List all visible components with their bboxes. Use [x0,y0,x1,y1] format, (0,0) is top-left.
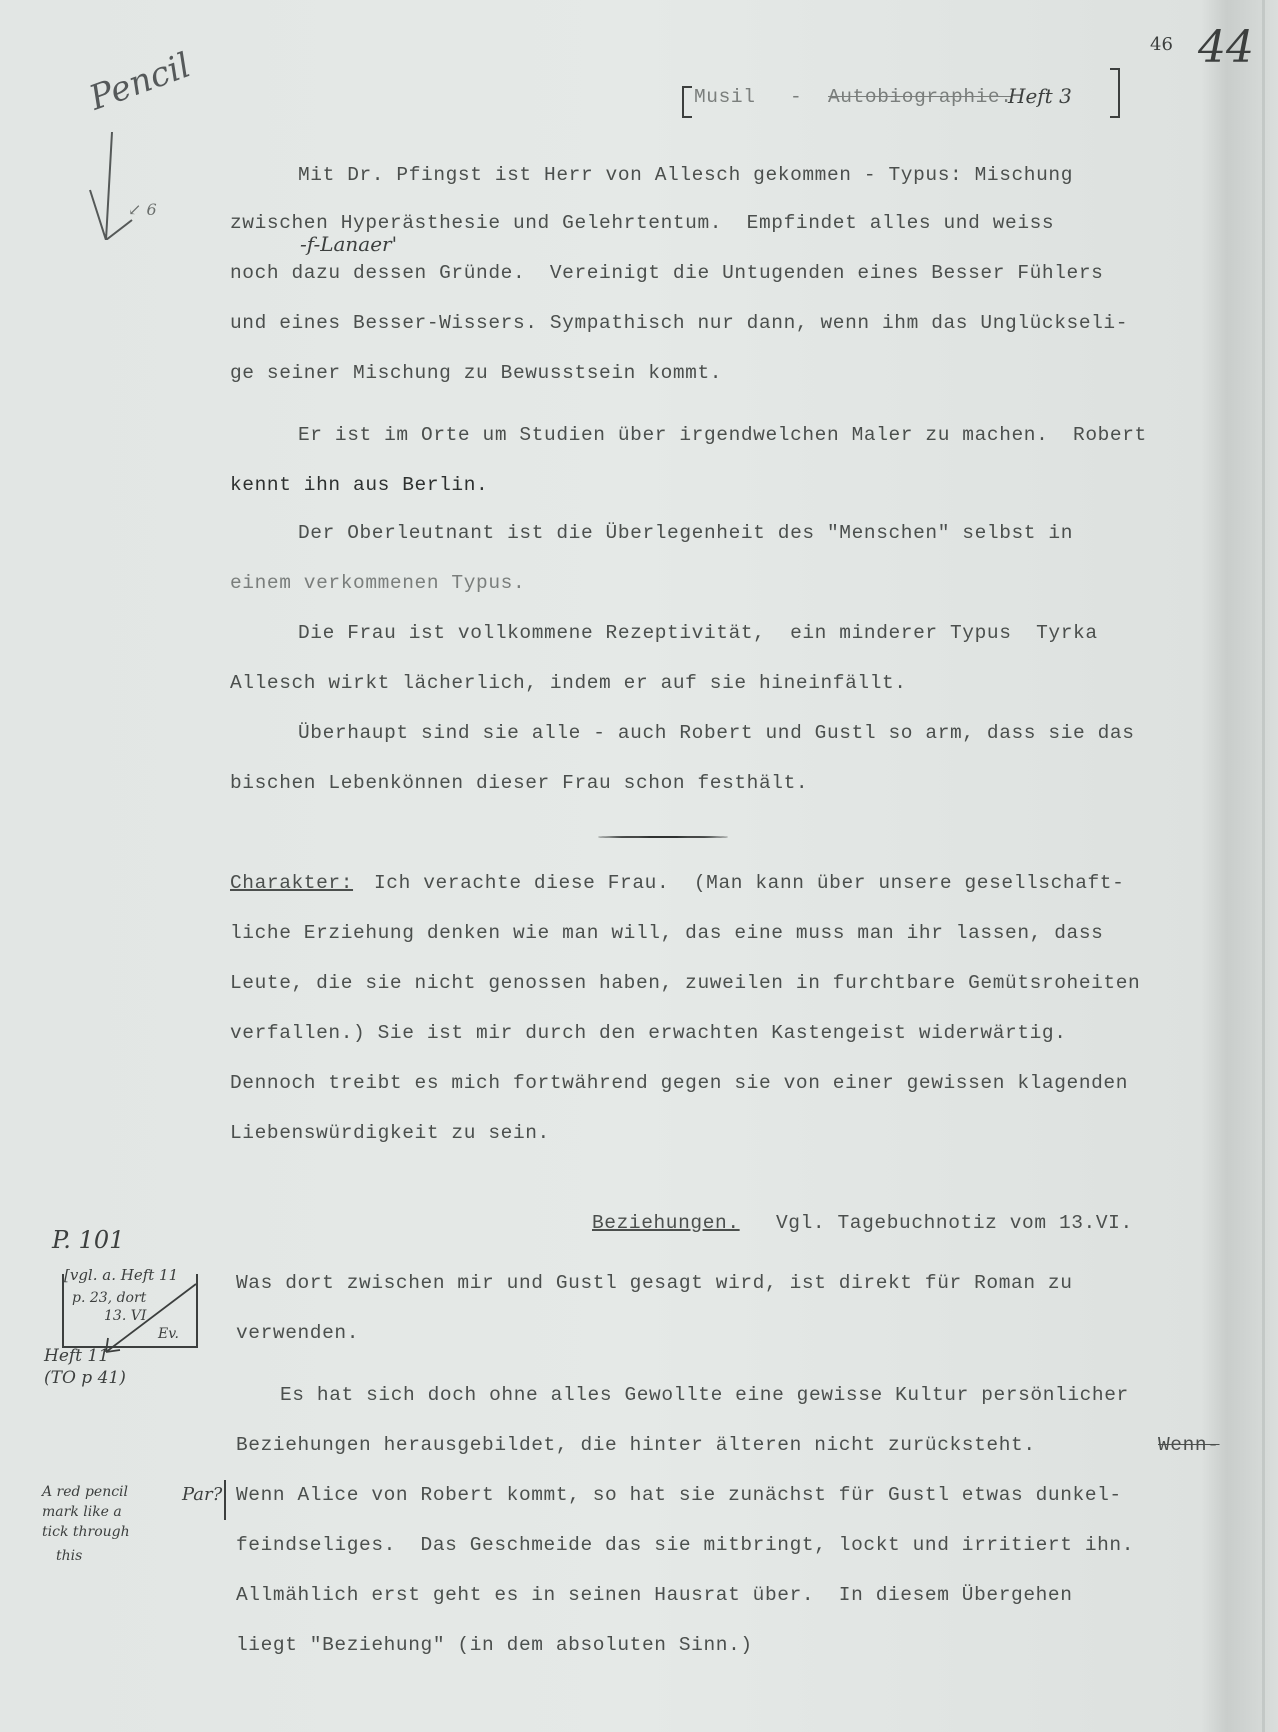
p4-line-1: Die Frau ist vollkommene Rezeptivität, e… [298,622,1098,644]
beziehungen-heading-rest: Vgl. Tagebuchnotiz vom 13.VI. [776,1212,1133,1234]
final-line-6: liegt "Beziehung" (in dem absoluten Sinn… [236,1634,753,1656]
margin-note-arrow-mark: ↙ 6 [128,200,157,219]
p1-line-5: ge seiner Mischung zu Bewusstsein kommt. [230,362,722,384]
charakter-line-5: Dennoch treibt es mich fortwährend gegen… [230,1072,1128,1094]
charakter-line-1: Ich verachte diese Frau. (Man kann über … [374,872,1124,894]
p1-line-4: und eines Besser-Wissers. Sympathisch nu… [230,312,1128,334]
margin-note-heft: Heft 11 [44,1346,109,1366]
red-pencil-note-line-3: tick through [42,1524,130,1540]
header-separator: - [790,86,802,108]
par-bracket [224,1480,232,1520]
charakter-line-3: Leute, die sie nicht genossen haben, zuw… [230,972,1140,994]
charakter-line-2: liche Erziehung denken wie man will, das… [230,922,1103,944]
section-divider [598,836,728,838]
beziehungen-line-1: Was dort zwischen mir und Gustl gesagt w… [236,1272,1073,1294]
diagonal-arrow-icon [96,1280,206,1360]
p1-line-1: Mit Dr. Pfingst ist Herr von Allesch gek… [298,164,1073,186]
beziehungen-label: Beziehungen. [592,1212,740,1234]
p1-line-3: noch dazu dessen Gründe. Vereinigt die U… [230,262,1103,284]
final-line-3: Wenn Alice von Robert kommt, so hat sie … [236,1484,1122,1506]
red-pencil-note-line-4: this [56,1548,82,1564]
p5-line-1: Überhaupt sind sie alle - auch Robert un… [298,722,1135,744]
header-struck-title: Autobiographie. [828,86,1013,108]
header-handwritten-heft: Heft 3 [1008,84,1072,108]
p1-line-2: zwischen Hyperästhesie und Gelehrtentum.… [230,212,1054,234]
p5-line-2: bischen Lebenkönnen dieser Frau schon fe… [230,772,808,794]
margin-note-to-page: (TO p 41) [44,1368,126,1388]
margin-note-page-ref: P. 101 [52,1226,124,1254]
red-pencil-note-line-2: mark like a [42,1504,122,1520]
charakter-line-6: Liebenswürdigkeit zu sein. [230,1122,550,1144]
margin-note-pencil: Pencil [84,45,196,118]
p1-handwritten-insert: -f-Lanaer' [300,232,397,256]
p4-line-2: Allesch wirkt lächerlich, indem er auf s… [230,672,907,694]
margin-note-par: Par? [182,1484,222,1505]
charakter-label: Charakter: [230,872,353,894]
beziehungen-line-2: verwenden. [236,1322,359,1344]
header-author: Musil [694,86,756,108]
header-bracket-right [1110,68,1120,118]
final-line-2: Beziehungen herausgebildet, die hinter ä… [236,1434,1036,1456]
p3-line-2: einem verkommenen Typus. [230,572,525,594]
final-line-5: Allmählich erst geht es in seinen Hausra… [236,1584,1073,1606]
header-bracket-left [682,86,692,118]
charakter-line-4: verfallen.) Sie ist mir durch den erwach… [230,1022,1067,1044]
p2-line-2: kennt ihn aus Berlin. [230,474,488,496]
final-struck-word: Wenn- [1158,1434,1220,1456]
red-pencil-note-line-1: A red pencil [42,1484,128,1500]
p3-line-1: Der Oberleutnant ist die Überlegenheit d… [298,522,1073,544]
page-number-small: 46 [1150,34,1173,55]
final-line-1: Es hat sich doch ohne alles Gewollte ein… [280,1384,1129,1406]
final-line-4: feindseliges. Das Geschmeide das sie mit… [236,1534,1134,1556]
page-edge-shadow [1262,0,1265,1732]
page-number-large: 44 [1198,22,1254,73]
p2-line-1: Er ist im Orte um Studien über irgendwel… [298,424,1147,446]
manuscript-page: Musil - Autobiographie. Heft 3 46 44 Pen… [0,0,1278,1732]
down-left-arrow-icon [84,130,164,240]
